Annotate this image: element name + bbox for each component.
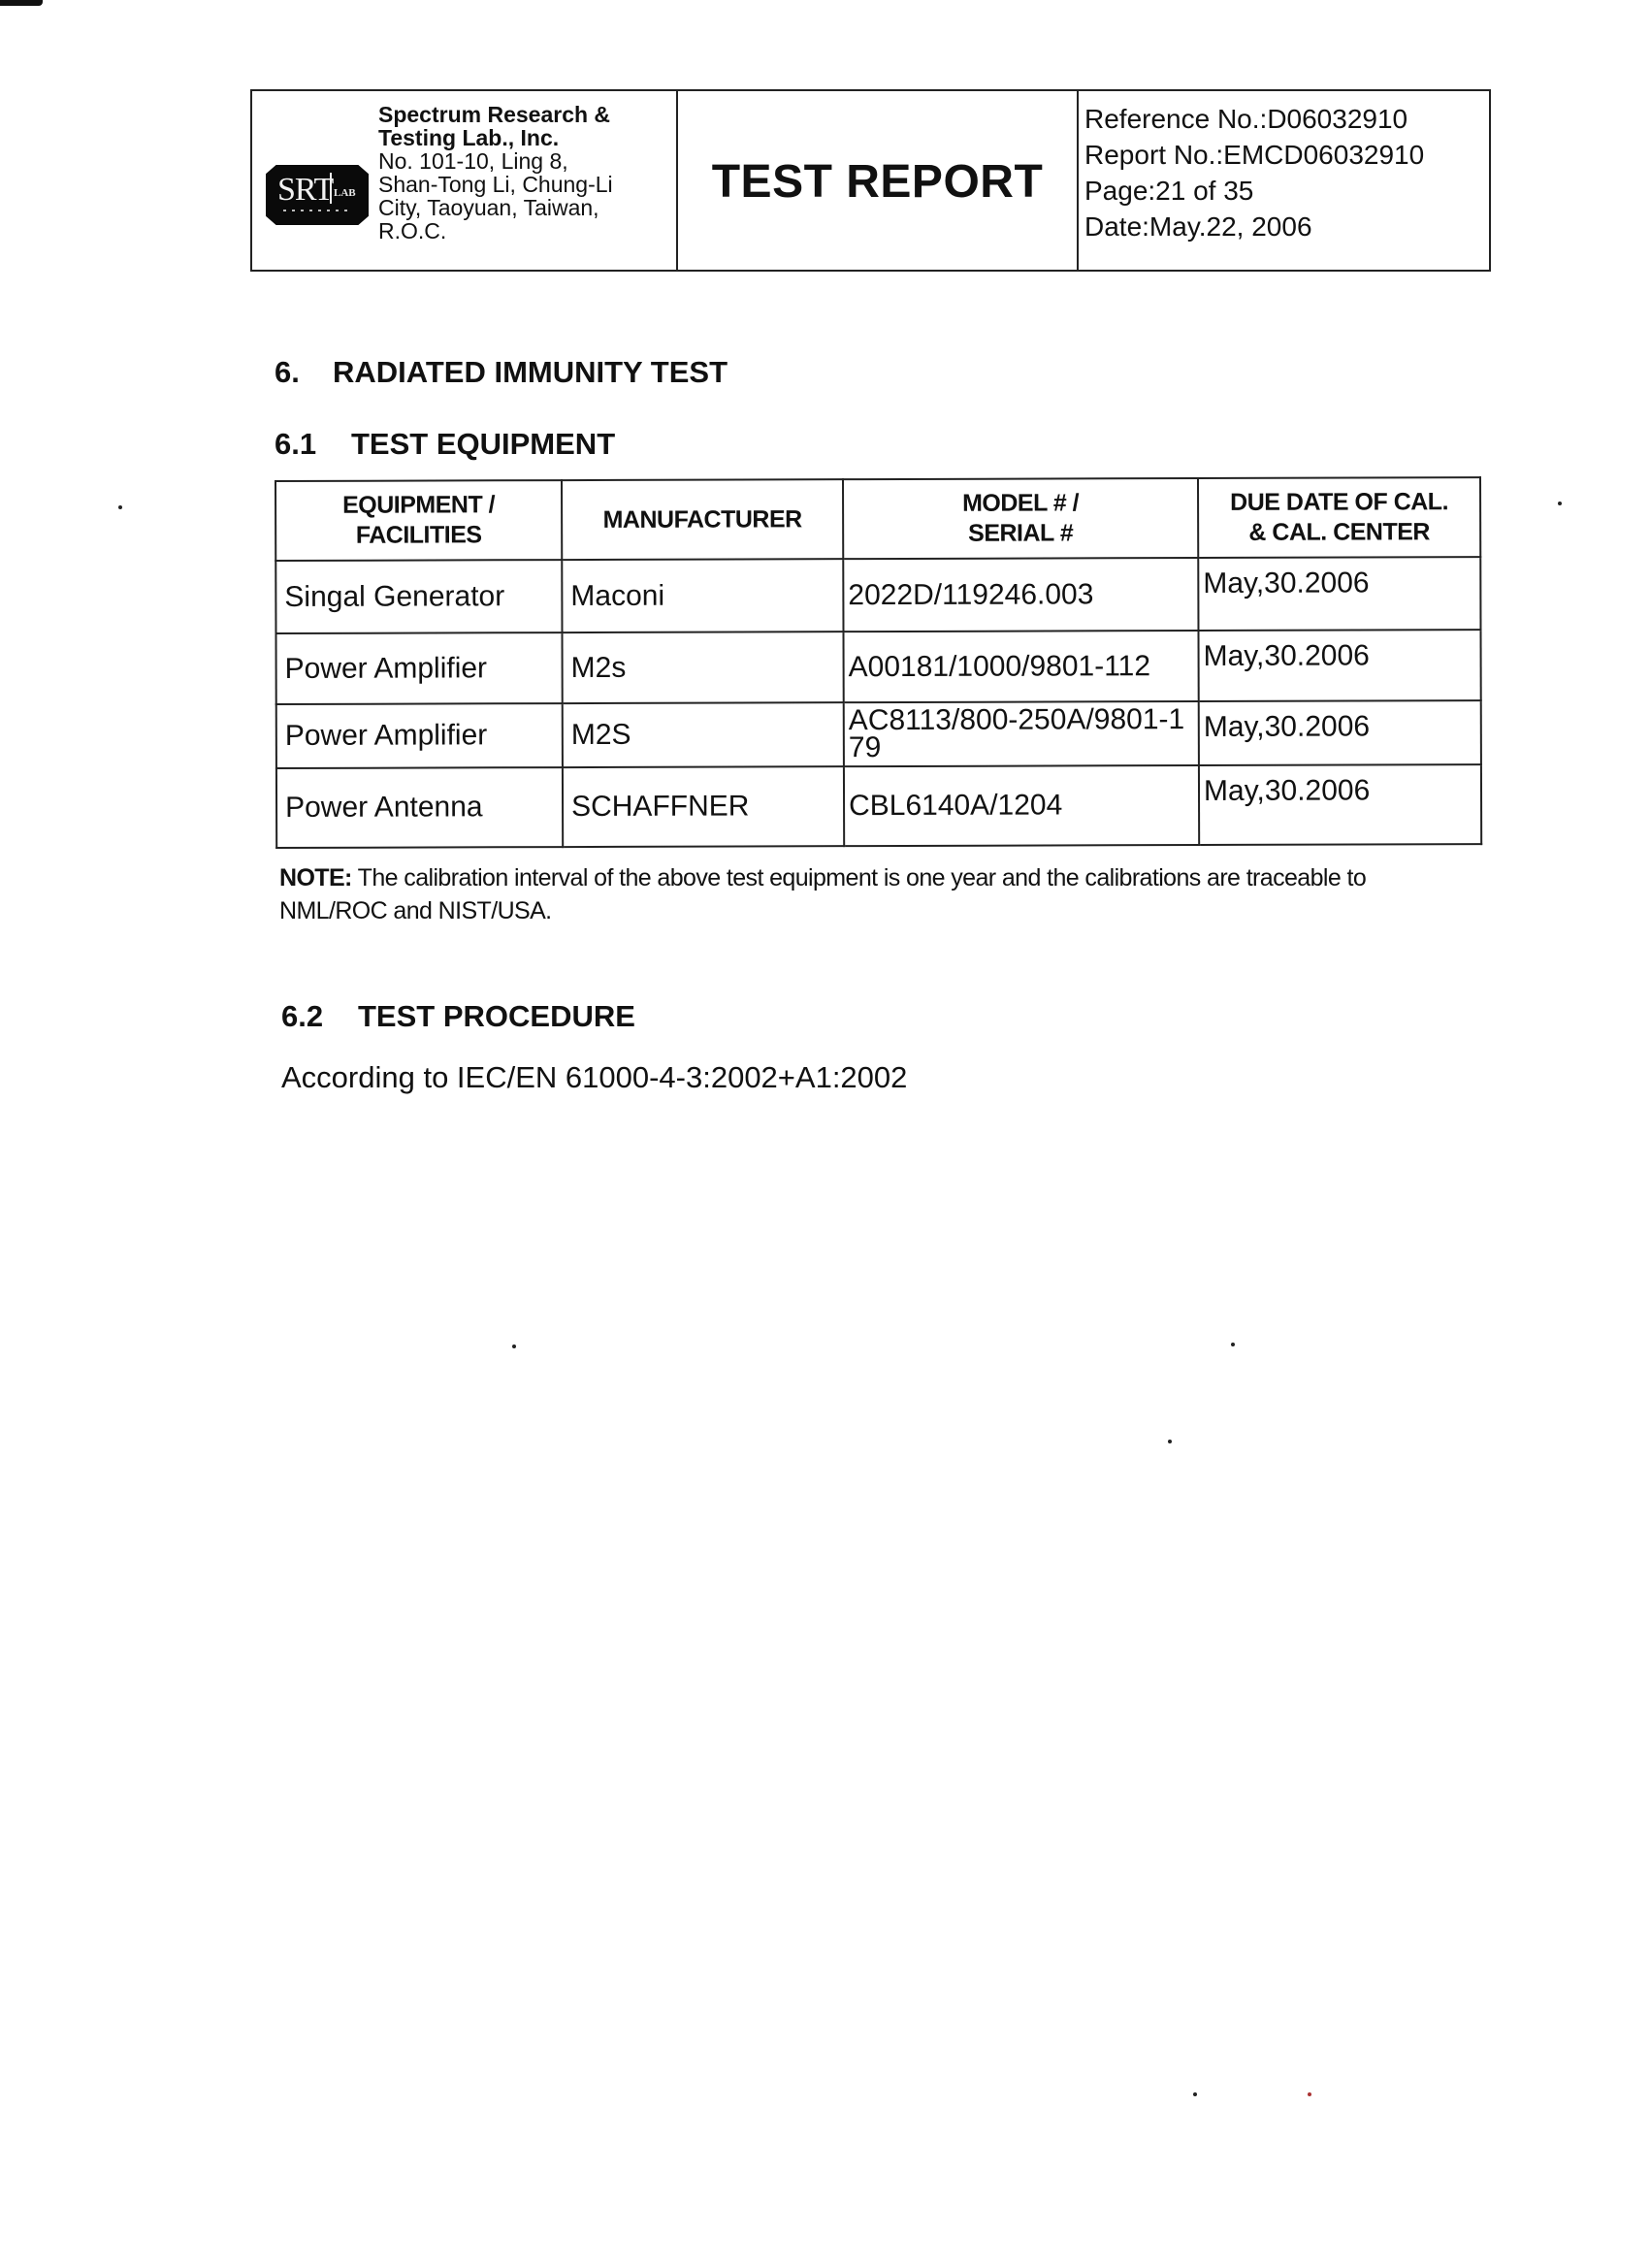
company-name-line-1: Spectrum Research & [378,103,613,126]
section-number: 6. [275,355,333,390]
header-model-serial: MODEL # / SERIAL # [843,478,1198,559]
cell-equipment: Power Amplifier [275,632,562,704]
procedure-standard: According to IEC/EN 61000-4-3:2002+A1:20… [281,1060,907,1095]
equipment-table: EQUIPMENT / FACILITIES MANUFACTURER MODE… [275,476,1482,849]
cell-manufacturer: M2s [562,632,843,703]
cell-manufacturer: M2S [563,702,844,767]
reference-number: Reference No.:D06032910 [1084,101,1489,137]
scan-speck [1558,502,1562,505]
company-logo: SRT LAB [266,165,369,225]
scan-speck [512,1345,516,1348]
company-info: Spectrum Research & Testing Lab., Inc. N… [378,103,613,243]
logo-subtext: LAB [334,188,356,199]
company-cell: SRT LAB Spectrum Research & Testing Lab.… [252,91,678,270]
cell-equipment: Power Amplifier [276,703,563,768]
header-due-date: DUE DATE OF CAL. & CAL. CENTER [1198,477,1480,558]
logo-text: SRT [277,174,333,207]
page-number: Page:21 of 35 [1084,173,1489,209]
cell-manufacturer: Maconi [562,559,843,632]
cell-due-date: May,30.2006 [1199,764,1481,845]
cell-due-date: May,30.2006 [1199,700,1481,765]
scan-speck [1308,2092,1311,2096]
note-label: NOTE: [279,864,352,891]
header-equipment: EQUIPMENT / FACILITIES [275,480,562,561]
report-date: Date:May.22, 2006 [1084,209,1489,244]
section-6-1-heading: 6.1TEST EQUIPMENT [275,427,615,462]
note-text: The calibration interval of the above te… [279,864,1366,924]
cell-manufacturer: SCHAFFNER [563,766,844,847]
table-row: Power Amplifier M2S AC8113/800-250A/9801… [276,700,1481,768]
cell-due-date: May,30.2006 [1198,630,1480,701]
address-line-3: City, Taoyuan, Taiwan, [378,196,613,219]
table-row: Power Antenna SCHAFFNER CBL6140A/1204 Ma… [276,764,1481,848]
section-title: TEST PROCEDURE [358,999,635,1033]
cell-model-serial: A00181/1000/9801-112 [843,631,1198,702]
scan-speck [1231,1343,1235,1346]
logo-dots [283,210,353,211]
calibration-note: NOTE: The calibration interval of the ab… [279,861,1443,927]
report-header: SRT LAB Spectrum Research & Testing Lab.… [250,89,1491,272]
logo-divider [330,173,332,204]
report-info-cell: Reference No.:D06032910 Report No.:EMCD0… [1079,91,1489,270]
section-6-2-heading: 6.2TEST PROCEDURE [281,999,635,1034]
section-title: RADIATED IMMUNITY TEST [333,355,728,389]
cell-model-serial: 2022D/119246.003 [843,558,1198,632]
cell-model-serial: CBL6140A/1204 [844,765,1199,846]
table-row: Power Amplifier M2s A00181/1000/9801-112… [275,630,1480,704]
cell-equipment: Singal Generator [275,560,562,633]
title-cell: TEST REPORT [678,91,1079,270]
cell-due-date: May,30.2006 [1198,557,1480,631]
cell-equipment: Power Antenna [276,767,563,848]
address-line-1: No. 101-10, Ling 8, [378,149,613,173]
report-title: TEST REPORT [712,155,1044,209]
scan-corner-mark [0,0,43,6]
cell-model-serial: AC8113/800-250A/9801-179 [844,701,1199,766]
table-header-row: EQUIPMENT / FACILITIES MANUFACTURER MODE… [275,477,1480,561]
table-row: Singal Generator Maconi 2022D/119246.003… [275,557,1480,633]
scan-speck [1193,2092,1197,2096]
report-number: Report No.:EMCD06032910 [1084,137,1489,173]
address-line-4: R.O.C. [378,219,613,243]
section-6-heading: 6.RADIATED IMMUNITY TEST [275,355,728,390]
section-number: 6.1 [275,427,351,462]
company-name-line-2: Testing Lab., Inc. [378,126,613,149]
section-title: TEST EQUIPMENT [351,427,615,461]
scan-speck [1168,1440,1172,1443]
address-line-2: Shan-Tong Li, Chung-Li [378,173,613,196]
scan-speck [118,505,122,509]
header-manufacturer: MANUFACTURER [562,479,843,560]
section-number: 6.2 [281,999,358,1034]
